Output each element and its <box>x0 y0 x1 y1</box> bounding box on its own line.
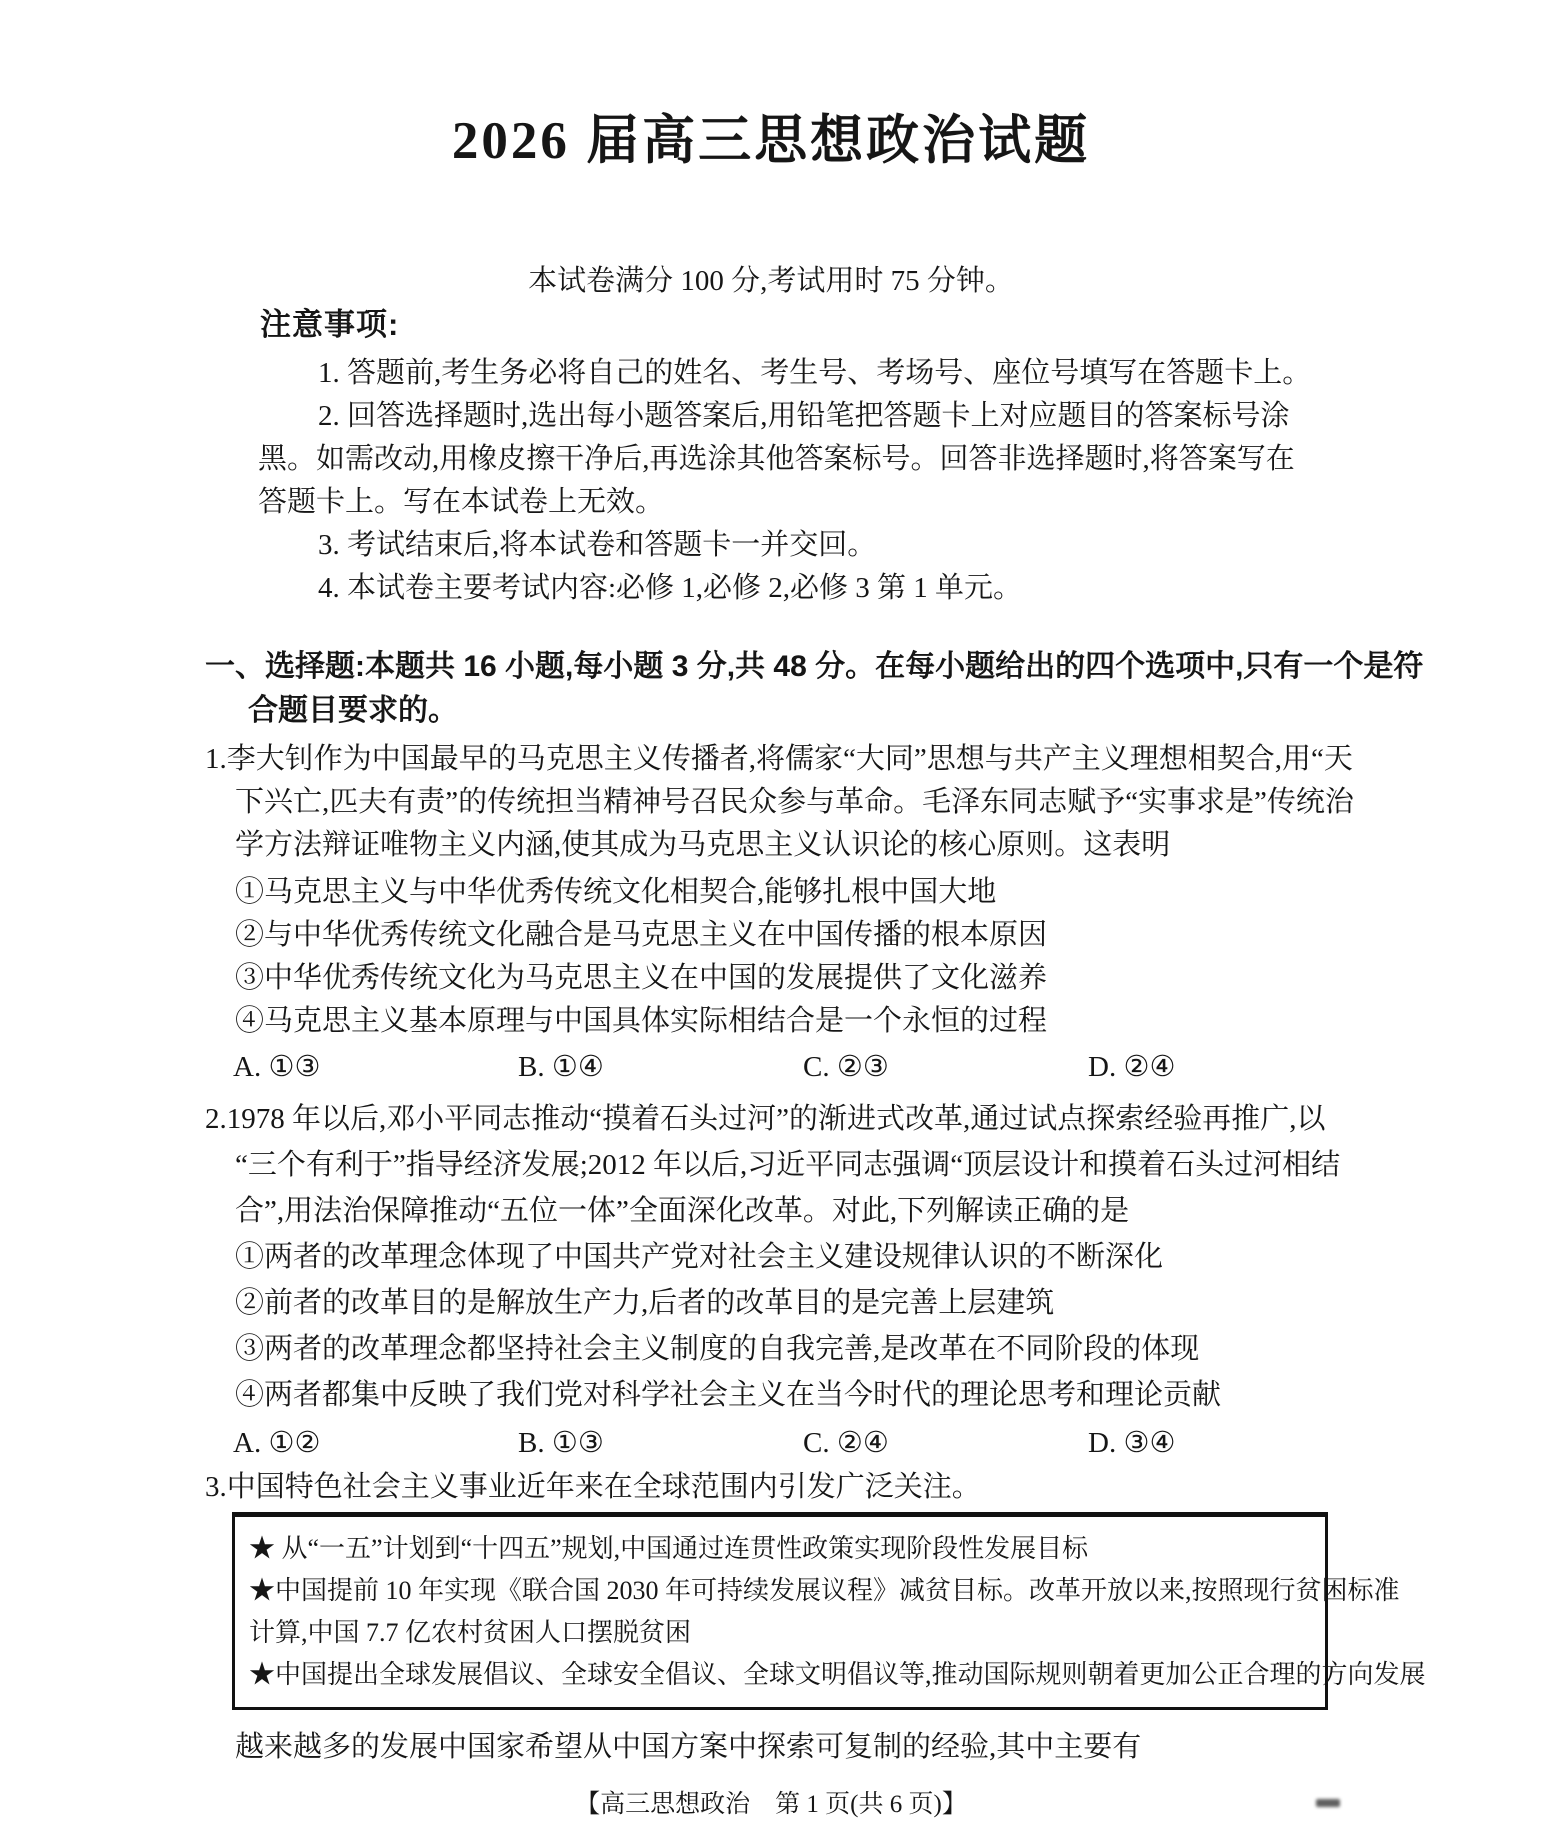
material-line: ★中国提前 10 年实现《联合国 2030 年可持续发展议程》减贫目标。改革开放… <box>249 1570 1311 1612</box>
question-3-material-box: ★ 从“一五”计划到“十四五”规划,中国通过连贯性政策实现阶段性发展目标★中国提… <box>232 1512 1328 1710</box>
question-1-choice: A. ①③ <box>233 1046 518 1089</box>
question-1-option: ①马克思主义与中华优秀传统文化相契合,能够扎根中国大地 <box>235 871 1047 914</box>
notice-line: 答题卡上。写在本试卷上无效。 <box>258 481 1542 524</box>
question-1-stem-line: 学方法辩证唯物主义内涵,使其成为马克思主义认识论的核心原则。这表明 <box>235 824 1354 867</box>
scan-artifact-mark <box>1316 1799 1340 1807</box>
question-2-choices: A. ①②B. ①③C. ②④D. ③④ <box>233 1422 1373 1465</box>
question-2-choice: A. ①② <box>233 1422 518 1465</box>
question-2-choice: B. ①③ <box>518 1422 803 1465</box>
exam-page: 2026 届高三思想政治试题 本试卷满分 100 分,考试用时 75 分钟。 注… <box>0 0 1542 1845</box>
question-3-continuation: 越来越多的发展中国家希望从中国方案中探索可复制的经验,其中主要有 <box>0 1726 1141 1769</box>
question-2-option: ②前者的改革目的是解放生产力,后者的改革目的是完善上层建筑 <box>235 1280 1221 1326</box>
question-1-option: ④马克思主义基本原理与中国具体实际相结合是一个永恒的过程 <box>235 1000 1047 1043</box>
notice-line: 4. 本试卷主要考试内容:必修 1,必修 2,必修 3 第 1 单元。 <box>318 567 1542 610</box>
notice-line: 黑。如需改动,用橡皮擦干净后,再选涂其他答案标号。回答非选择题时,将答案写在 <box>258 438 1542 481</box>
material-line: ★中国提出全球发展倡议、全球安全倡议、全球文明倡议等,推动国际规则朝着更加公正合… <box>249 1654 1311 1696</box>
question-2-option: ④两者都集中反映了我们党对科学社会主义在当今时代的理论思考和理论贡献 <box>235 1372 1221 1418</box>
material-line: ★ 从“一五”计划到“十四五”规划,中国通过连贯性政策实现阶段性发展目标 <box>249 1528 1311 1570</box>
notice-line: 2. 回答选择题时,选出每小题答案后,用铅笔把答题卡上对应题目的答案标号涂 <box>318 395 1542 438</box>
question-3-stem-line: 3.中国特色社会主义事业近年来在全球范围内引发广泛关注。 <box>205 1466 981 1509</box>
exam-subtitle: 本试卷满分 100 分,考试用时 75 分钟。 <box>0 258 1542 299</box>
question-1-stem-line: 下兴亡,匹夫有责”的传统担当精神号召民众参与革命。毛泽东同志赋予“实事求是”传统… <box>235 781 1354 824</box>
material-line: 计算,中国 7.7 亿农村贫困人口摆脱贫困 <box>249 1612 1311 1654</box>
question-2-choice: D. ③④ <box>1088 1422 1373 1465</box>
question-1-option: ②与中华优秀传统文化融合是马克思主义在中国传播的根本原因 <box>235 914 1047 957</box>
section-header-line: 合题目要求的。 <box>248 689 1542 733</box>
question-2-options: ①两者的改革理念体现了中国共产党对社会主义建设规律认识的不断深化②前者的改革目的… <box>0 1234 1221 1418</box>
question-1-choice: B. ①④ <box>518 1046 803 1089</box>
question-2-option: ③两者的改革理念都坚持社会主义制度的自我完善,是改革在不同阶段的体现 <box>235 1326 1221 1372</box>
notice-list: 1. 答题前,考生务必将自己的姓名、考生号、考场号、座位号填写在答题卡上。2. … <box>0 352 1542 610</box>
notice-line: 3. 考试结束后,将本试卷和答题卡一并交回。 <box>318 524 1542 567</box>
question-1-choices: A. ①③B. ①④C. ②③D. ②④ <box>233 1046 1373 1089</box>
question-2-option: ①两者的改革理念体现了中国共产党对社会主义建设规律认识的不断深化 <box>235 1234 1221 1280</box>
question-1-stem: 1.李大钊作为中国最早的马克思主义传播者,将儒家“大同”思想与共产主义理想相契合… <box>0 738 1354 867</box>
question-2-stem-line: “三个有利于”指导经济发展;2012 年以后,习近平同志强调“顶层设计和摸着石头… <box>235 1142 1340 1188</box>
notice-line: 1. 答题前,考生务必将自己的姓名、考生号、考场号、座位号填写在答题卡上。 <box>318 352 1542 395</box>
question-3-continuation-line: 越来越多的发展中国家希望从中国方案中探索可复制的经验,其中主要有 <box>235 1726 1141 1769</box>
question-2-stem-line: 合”,用法治保障推动“五位一体”全面深化改革。对此,下列解读正确的是 <box>235 1188 1340 1234</box>
exam-title: 2026 届高三思想政治试题 <box>0 98 1542 174</box>
section-header-line: 一、选择题:本题共 16 小题,每小题 3 分,共 48 分。在每小题给出的四个… <box>205 645 1542 689</box>
question-2-stem: 2.1978 年以后,邓小平同志推动“摸着石头过河”的渐进式改革,通过试点探索经… <box>0 1096 1340 1234</box>
question-1-option: ③中华优秀传统文化为马克思主义在中国的发展提供了文化滋养 <box>235 957 1047 1000</box>
question-1-options: ①马克思主义与中华优秀传统文化相契合,能够扎根中国大地②与中华优秀传统文化融合是… <box>0 871 1047 1043</box>
question-3-stem: 3.中国特色社会主义事业近年来在全球范围内引发广泛关注。 <box>0 1466 981 1509</box>
section-header: 一、选择题:本题共 16 小题,每小题 3 分,共 48 分。在每小题给出的四个… <box>0 645 1542 733</box>
notice-label: 注意事项: <box>260 299 399 344</box>
question-2-stem-line: 2.1978 年以后,邓小平同志推动“摸着石头过河”的渐进式改革,通过试点探索经… <box>205 1096 1340 1142</box>
question-1-stem-line: 1.李大钊作为中国最早的马克思主义传播者,将儒家“大同”思想与共产主义理想相契合… <box>205 738 1354 781</box>
question-2-choice: C. ②④ <box>803 1422 1088 1465</box>
page-footer: 【高三思想政治 第 1 页(共 6 页)】 <box>0 1784 1542 1820</box>
question-1-choice: C. ②③ <box>803 1046 1088 1089</box>
question-1-choice: D. ②④ <box>1088 1046 1373 1089</box>
